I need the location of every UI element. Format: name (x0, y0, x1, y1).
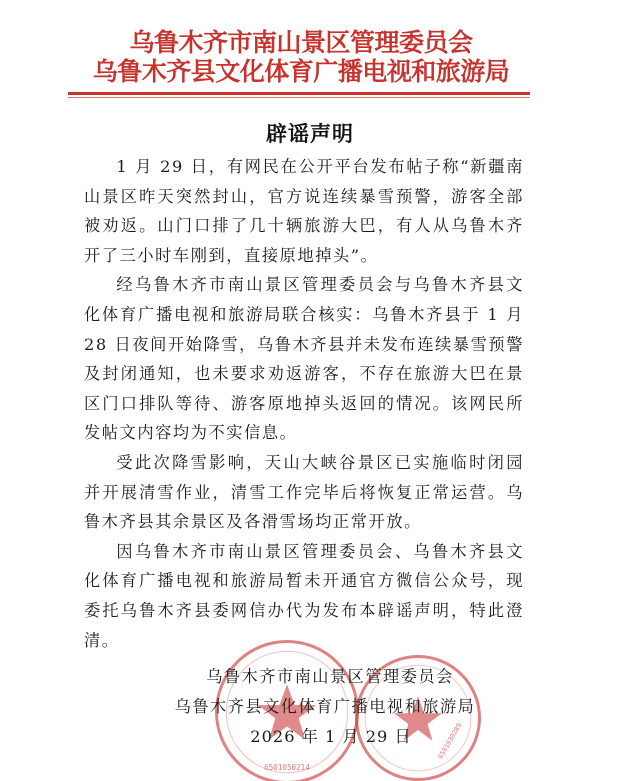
paragraph-3: 受此次降雪影响，天山大峡谷景区已实施临时闭园并开展清雪作业，清雪工作完毕后将恢复… (84, 448, 524, 537)
document-title: 辟谣声明 (0, 118, 620, 148)
paragraph-2: 经乌鲁木齐市南山景区管理委员会与乌鲁木齐县文化体育广播电视和旅游局联合核实：乌鲁… (84, 270, 524, 448)
letterhead-org-2: 乌鲁木齐县文化体育广播电视和旅游局 (70, 57, 532, 86)
letterhead-divider (68, 92, 530, 95)
paragraph-4: 因乌鲁木齐市南山景区管理委员会、乌鲁木齐县文化体育广播电视和旅游局暂未开通官方微… (84, 537, 524, 655)
signature-org-2: 乌鲁木齐县文化体育广播电视和旅游局 (0, 692, 620, 722)
signature-date: 2026 年 1 月 29 日 (0, 722, 620, 752)
letterhead-org-1: 乌鲁木齐市南山景区管理委员会 (70, 28, 532, 57)
svg-text:6501050214: 6501050214 (264, 763, 310, 772)
signature-block: 乌鲁木齐市南山景区管理委员会 乌鲁木齐县文化体育广播电视和旅游局 2026 年 … (0, 662, 620, 752)
document-body: 1 月 29 日，有网民在公开平台发布帖子称“新疆南山景区昨天突然封山，官方说连… (84, 152, 524, 655)
signature-org-1: 乌鲁木齐市南山景区管理委员会 (0, 662, 620, 692)
letterhead: 乌鲁木齐市南山景区管理委员会 乌鲁木齐县文化体育广播电视和旅游局 (70, 28, 532, 86)
paragraph-1: 1 月 29 日，有网民在公开平台发布帖子称“新疆南山景区昨天突然封山，官方说连… (84, 152, 524, 270)
letterhead-divider-thin (68, 97, 530, 98)
